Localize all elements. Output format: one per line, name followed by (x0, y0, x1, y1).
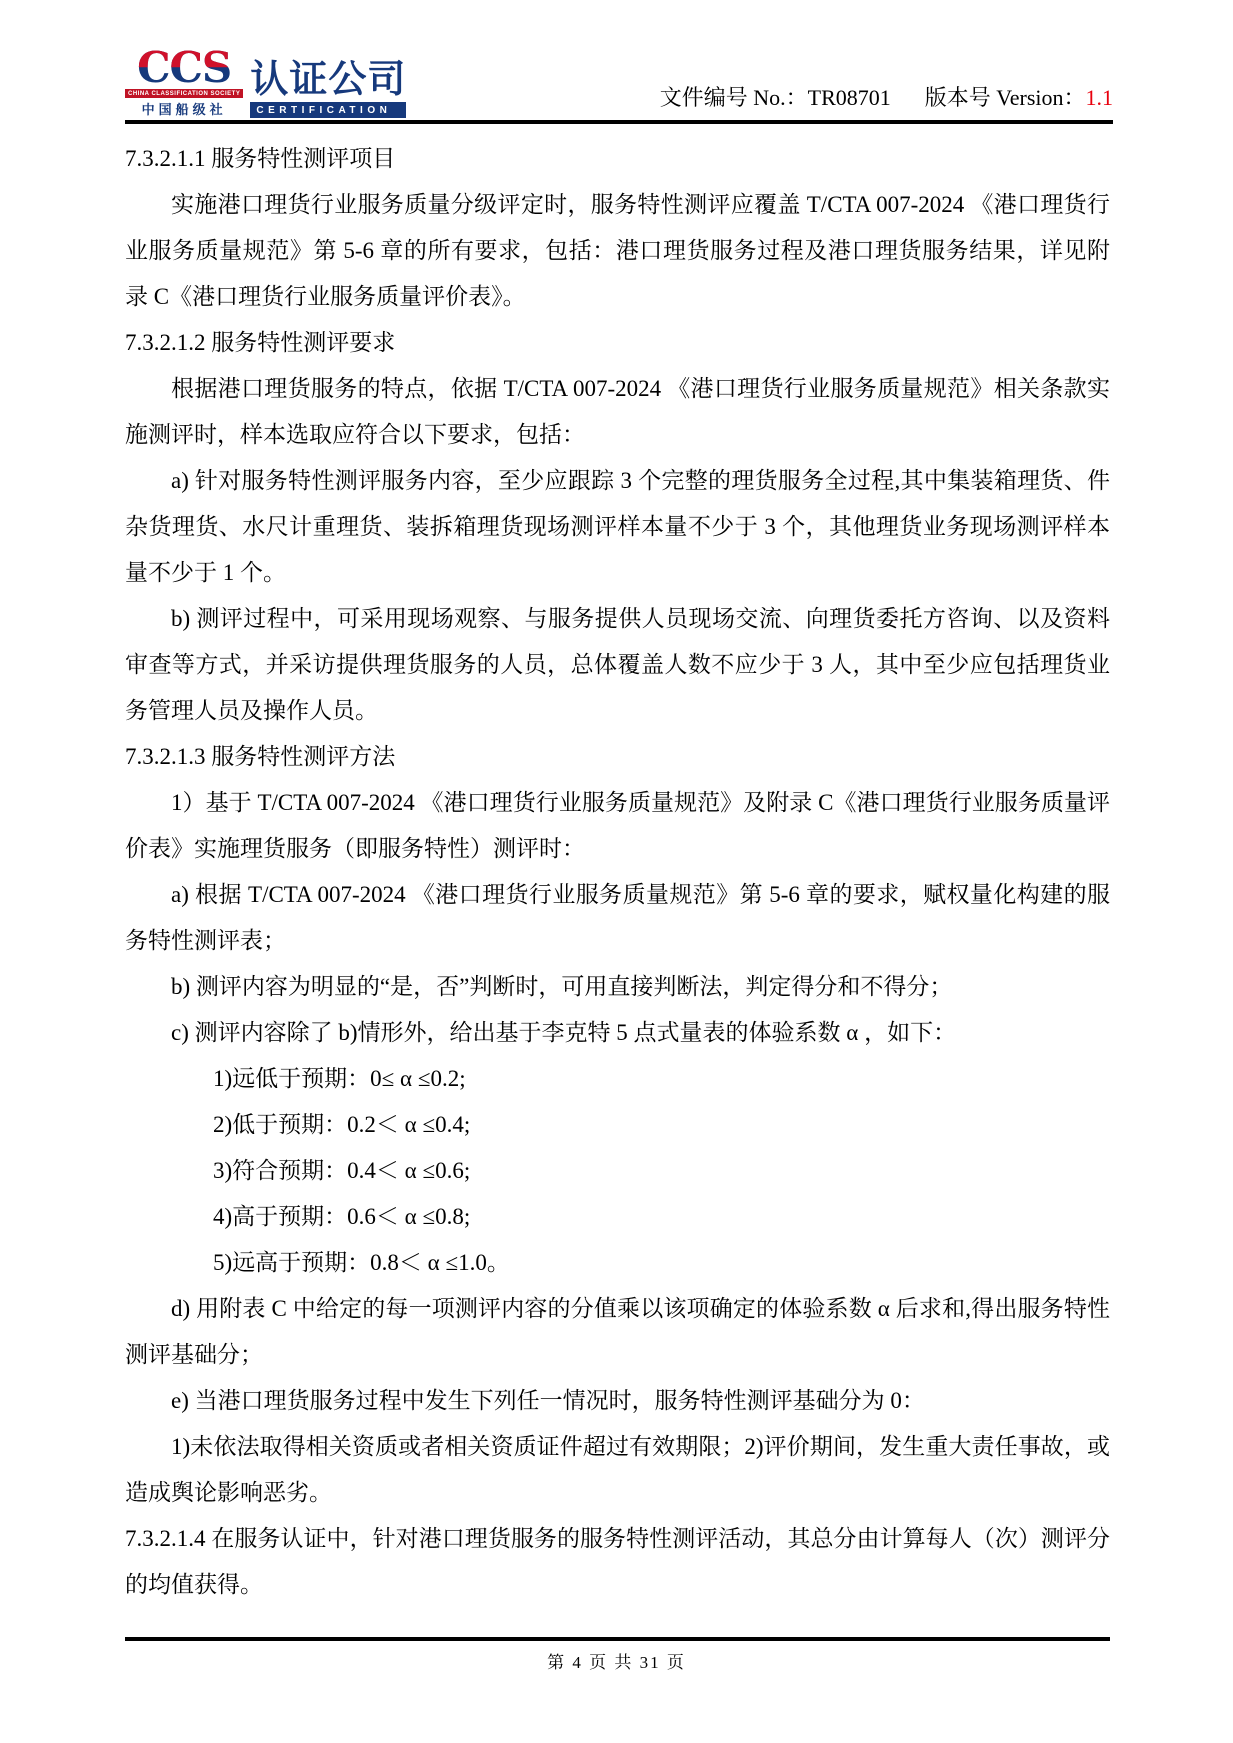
list-item: 5)远高于预期：0.8＜ α ≤1.0。 (213, 1240, 1110, 1286)
section-heading: 7.3.2.1.2 服务特性测评要求 (125, 320, 1110, 366)
paragraph: b) 测评内容为明显的“是，否”判断时，可用直接判断法，判定得分和不得分； (125, 964, 1110, 1010)
paragraph: 实施港口理货行业服务质量分级评定时，服务特性测评应覆盖 T/CTA 007-20… (125, 182, 1110, 320)
ccs-logo-left: CCS CCS CHINA CLASSIFICATION SOCIETY 中国船… (125, 48, 243, 118)
section-heading: 7.3.2.1.1 服务特性测评项目 (125, 136, 1110, 182)
paragraph: 1）基于 T/CTA 007-2024 《港口理货行业服务质量规范》及附录 C《… (125, 780, 1110, 872)
list-item: 2)低于预期：0.2＜ α ≤0.4; (213, 1102, 1110, 1148)
page-header: CCS CCS CHINA CLASSIFICATION SOCIETY 中国船… (125, 42, 1113, 118)
doc-number-label: 文件编号 No.： (660, 85, 808, 110)
paragraph: a) 根据 T/CTA 007-2024 《港口理货行业服务质量规范》第 5-6… (125, 872, 1110, 964)
header-divider (125, 120, 1113, 124)
paragraph: 根据港口理货服务的特点，依据 T/CTA 007-2024 《港口理货行业服务质… (125, 366, 1110, 458)
paragraph: c) 测评内容除了 b)情形外，给出基于李克特 5 点式量表的体验系数 α ，如… (125, 1010, 1110, 1056)
document-page: CCS CCS CHINA CLASSIFICATION SOCIETY 中国船… (0, 0, 1233, 1743)
list-item: 3)符合预期：0.4＜ α ≤0.6; (213, 1148, 1110, 1194)
paragraph: e) 当港口理货服务过程中发生下列任一情况时，服务特性测评基础分为 0： (125, 1378, 1110, 1424)
footer-divider (125, 1637, 1110, 1641)
paragraph: 1)未依法取得相关资质或者相关资质证件超过有效期限；2)评价期间，发生重大责任事… (125, 1424, 1110, 1516)
certification-label: CERTIFICATION (250, 102, 406, 118)
section-heading: 7.3.2.1.3 服务特性测评方法 (125, 734, 1110, 780)
paragraph: a) 针对服务特性测评服务内容，至少应跟踪 3 个完整的理货服务全过程,其中集装… (125, 458, 1110, 596)
society-name-cn: 中国船级社 (142, 99, 227, 118)
version-value: 1.1 (1086, 85, 1114, 110)
section-heading: 7.3.2.1.4 在服务认证中，针对港口理货服务的服务特性测评活动，其总分由计… (125, 1516, 1110, 1608)
ccs-logo-right: 认证公司 CERTIFICATION (250, 58, 406, 118)
document-body: 7.3.2.1.1 服务特性测评项目 实施港口理货行业服务质量分级评定时，服务特… (125, 136, 1110, 1608)
company-name-cn: 认证公司 (250, 58, 406, 100)
list-item: 4)高于预期：0.6＜ α ≤0.8; (213, 1194, 1110, 1240)
version-label: 版本号 Version： (925, 85, 1086, 110)
doc-number-value: TR08701 (808, 85, 891, 110)
ccs-lettermark: CCS CCS (137, 48, 231, 88)
paragraph: b) 测评过程中，可采用现场观察、与服务提供人员现场交流、向理货委托方咨询、以及… (125, 596, 1110, 734)
paragraph: d) 用附表 C 中给定的每一项测评内容的分值乘以该项确定的体验系数 α 后求和… (125, 1286, 1110, 1378)
ccs-logo: CCS CCS CHINA CLASSIFICATION SOCIETY 中国船… (125, 48, 406, 118)
document-meta: 文件编号 No.：TR08701版本号 Version：1.1 (660, 81, 1113, 118)
list-item: 1)远低于预期：0≤ α ≤0.2; (213, 1056, 1110, 1102)
page-number: 第 4 页 共 31 页 (0, 1648, 1233, 1673)
